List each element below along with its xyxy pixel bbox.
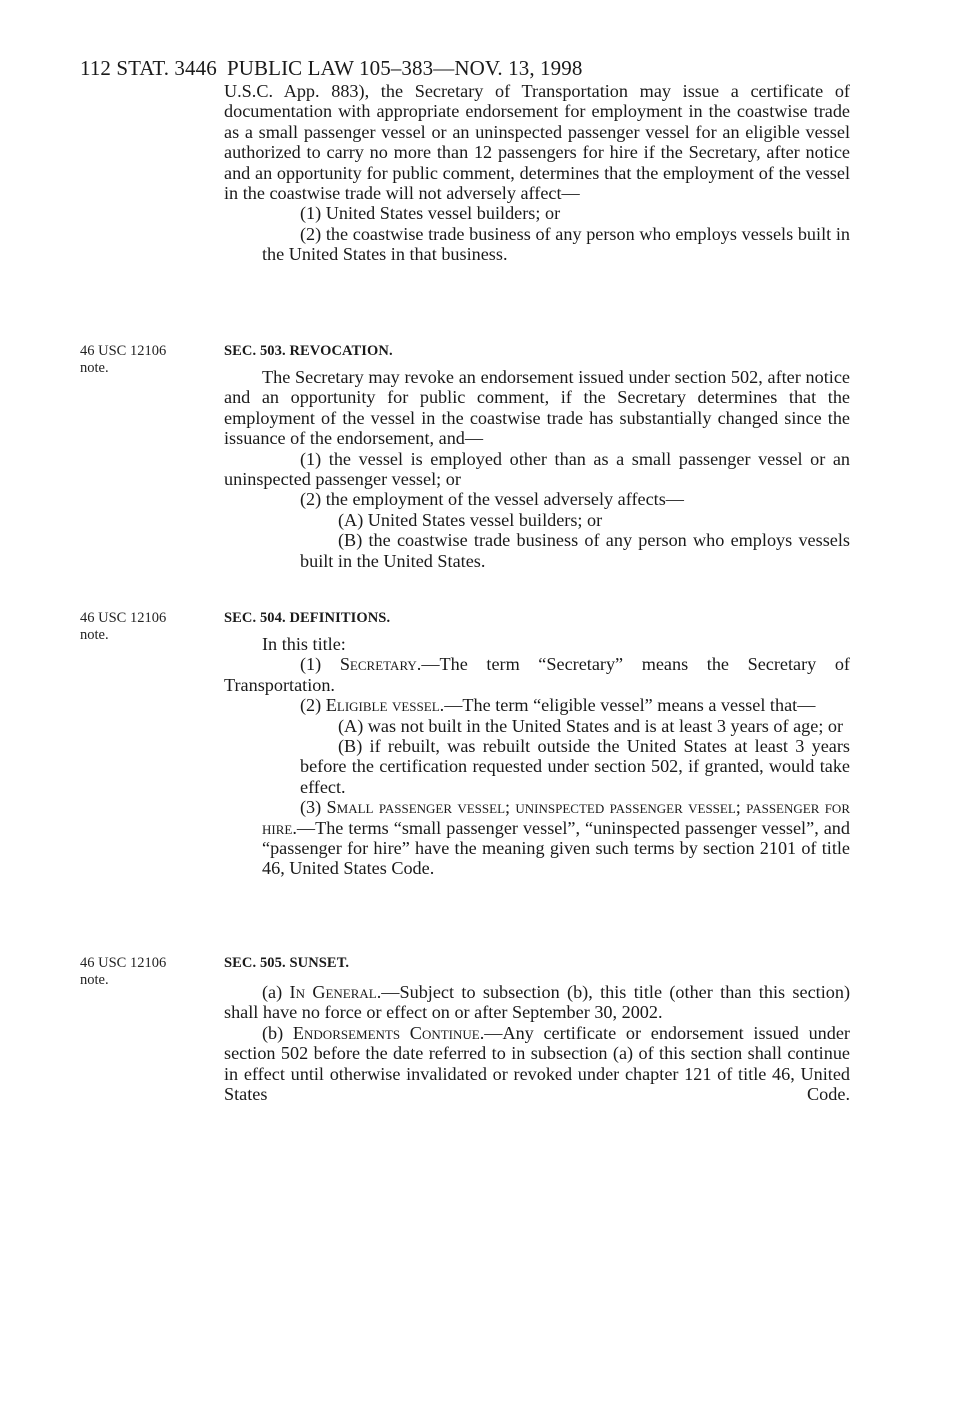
margin-note-citation: 46 USC 12106 [80, 955, 210, 972]
public-law-title: PUBLIC LAW 105–383—NOV. 13, 1998 [227, 56, 582, 81]
section-subitem-b: (B) the coastwise trade business of any … [224, 530, 850, 571]
margin-note-sec-504: 46 USC 12106 note. [80, 610, 210, 644]
section-504: SEC. 504. DEFINITIONS. In this title: (1… [224, 608, 850, 879]
subsection-term: In General [290, 982, 377, 1002]
definition-term: Secretary [340, 654, 417, 674]
continuation-paragraph: U.S.C. App. 883), the Secretary of Trans… [224, 81, 850, 203]
section-intro: The Secretary may revoke an endorsement … [224, 367, 850, 449]
stat-page-number: 112 STAT. 3446 [80, 56, 217, 81]
section-item-1: (1) the vessel is employed other than as… [224, 449, 850, 490]
subsection-number: (a) [262, 982, 290, 1002]
margin-note-label: note. [80, 972, 210, 989]
margin-note-citation: 46 USC 12106 [80, 343, 210, 360]
section-item-2: (2) the employment of the vessel adverse… [224, 489, 850, 509]
subsection-a: (a) In General.—Subject to subsection (b… [224, 982, 850, 1023]
section-505: SEC. 505. SUNSET. (a) In General.—Subjec… [224, 953, 850, 1104]
definition-text: .—The term “eligible vessel” means a ves… [440, 695, 816, 715]
definition-text: .—The terms “small passenger vessel”, “u… [262, 818, 850, 879]
definition-secretary: (1) Secretary.—The term “Secretary” mean… [224, 654, 850, 695]
definition-subitem-b: (B) if rebuilt, was rebuilt outside the … [224, 736, 850, 797]
document-page: 112 STAT. 3446 PUBLIC LAW 105–383—NOV. 1… [0, 0, 957, 1425]
section-heading: SEC. 503. REVOCATION. [224, 341, 850, 361]
definition-eligible-vessel: (2) Eligible vessel.—The term “eligible … [224, 695, 850, 715]
margin-note-sec-503: 46 USC 12106 note. [80, 343, 210, 377]
definition-number: (1) [300, 654, 340, 674]
continuation-item-2: (2) the coastwise trade business of any … [224, 224, 850, 265]
definition-number: (3) [300, 797, 327, 817]
section-heading: SEC. 505. SUNSET. [224, 953, 850, 973]
subsection-number: (b) [262, 1023, 293, 1043]
section-intro: In this title: [224, 634, 850, 654]
definition-small-passenger-vessel: (3) Small passenger vessel; uninspected … [224, 797, 850, 879]
margin-note-label: note. [80, 360, 210, 377]
section-subitem-a: (A) United States vessel builders; or [224, 510, 850, 530]
sec-502-continuation: U.S.C. App. 883), the Secretary of Trans… [224, 81, 850, 265]
section-503: SEC. 503. REVOCATION. The Secretary may … [224, 341, 850, 571]
margin-note-label: note. [80, 627, 210, 644]
definition-term: Eligible vessel [326, 695, 440, 715]
subsection-term: Endorsements Continue [293, 1023, 480, 1043]
definition-subitem-a: (A) was not built in the United States a… [224, 716, 850, 736]
margin-note-citation: 46 USC 12106 [80, 610, 210, 627]
definition-number: (2) [300, 695, 326, 715]
section-heading: SEC. 504. DEFINITIONS. [224, 608, 850, 628]
continuation-item-1: (1) United States vessel builders; or [224, 203, 850, 223]
margin-note-sec-505: 46 USC 12106 note. [80, 955, 210, 989]
subsection-b: (b) Endorsements Continue.—Any certifica… [224, 1023, 850, 1105]
